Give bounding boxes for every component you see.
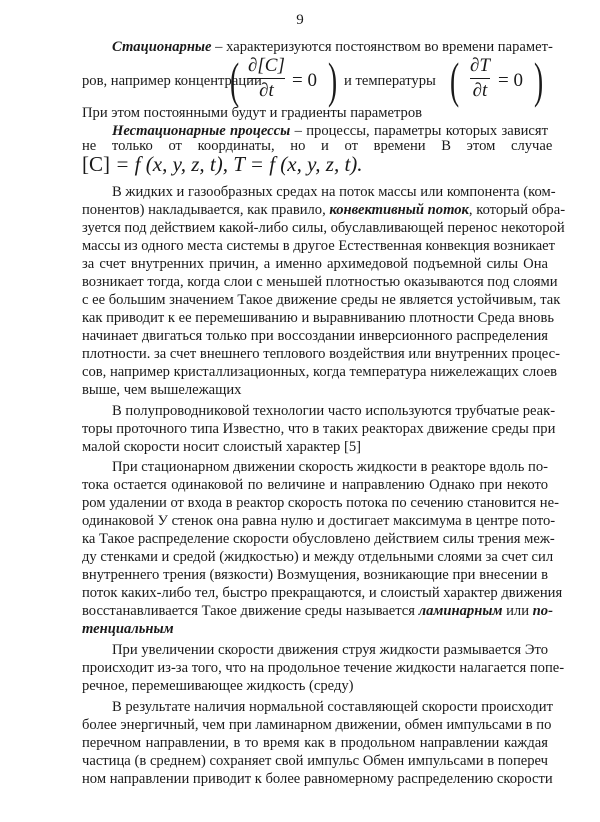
text-line: При увеличении скорости движения струя ж… bbox=[112, 641, 548, 659]
text-line: возникает тогда, когда слои с меньшей пл… bbox=[82, 273, 548, 291]
text-line: торы проточного типа Известно, что в так… bbox=[82, 420, 548, 438]
stationary-conditions: ров, например концентрации ( ∂[C] ∂t = 0… bbox=[82, 53, 548, 109]
text-line: ка Такое распределение скорости обусловл… bbox=[82, 530, 548, 548]
text-line: как приводит к ее перемешиванию и выравн… bbox=[82, 309, 548, 327]
text-line: за счет внутренних причин, а именно архи… bbox=[82, 255, 548, 273]
term-convective-flow: конвективный поток bbox=[329, 202, 469, 218]
text-line: малой скорости носит слоистый характер [… bbox=[82, 438, 548, 456]
text-line: поток каких-либо тел, быстро прекращаютс… bbox=[82, 584, 548, 602]
text-line: тока остается одинаковой по величине и н… bbox=[82, 476, 548, 494]
text-line: При стационарном движении скорость жидко… bbox=[112, 458, 548, 476]
term-potential: по- bbox=[533, 603, 553, 619]
term-laminar: ламинарным bbox=[419, 603, 503, 619]
text-line: ром удалении от входа в реактор скорость… bbox=[82, 494, 548, 512]
text-line: внутреннего трения (вязкости) Возмущения… bbox=[82, 566, 548, 584]
fraction-concentration: ∂[C] ∂t bbox=[248, 55, 285, 102]
paren-open: ( bbox=[450, 55, 459, 105]
text-line: плотности. за счет внешнего теплового во… bbox=[82, 345, 548, 363]
text-line: тенциальным bbox=[82, 620, 548, 638]
text-line: частица (в среднем) сохраняет свой импул… bbox=[82, 752, 548, 770]
page-number: 9 bbox=[0, 12, 600, 29]
text-line: ду стенками и средой (жидкостью) и между… bbox=[82, 548, 548, 566]
text-line: более энергичный, чем при ламинарном дви… bbox=[82, 716, 548, 734]
text-line: При этом постоянными будут и градиенты п… bbox=[82, 104, 548, 122]
text-line: В полупроводниковой технологии часто исп… bbox=[112, 402, 548, 420]
paren-open: ( bbox=[230, 55, 239, 105]
text-line: зуется под действием какой-либо силы, об… bbox=[82, 219, 548, 237]
paren-close: ) bbox=[328, 55, 337, 105]
text-line: происходит из-за того, что на продольное… bbox=[82, 659, 548, 677]
label-temperature: и температуры bbox=[344, 73, 436, 90]
text-line: перечном направлении, в то время как в п… bbox=[82, 734, 548, 752]
text-line: ном направлении приводит к более равноме… bbox=[82, 770, 548, 788]
text-line: выше, чем вышележащих bbox=[82, 381, 548, 399]
text-line: сов, например кристаллизационных, когда … bbox=[82, 363, 548, 381]
paren-close: ) bbox=[534, 55, 543, 105]
text-line: начинает двигаться только при воссоздани… bbox=[82, 327, 548, 345]
text-line: В жидких и газообразных средах на поток … bbox=[112, 183, 548, 201]
text-line: одинаковой У стенок она равна нулю и дос… bbox=[82, 512, 548, 530]
text-line: понентов) накладывается, как правило, ко… bbox=[82, 201, 548, 219]
nonstationary-formula: [C] = f (x, y, z, t), T = f (x, y, z, t)… bbox=[82, 152, 363, 177]
text-line: В результате наличия нормальной составля… bbox=[112, 698, 548, 716]
text-line: восстанавливается Такое движение среды н… bbox=[82, 602, 548, 620]
text-line: речное, перемешивающее жидкость (среду) bbox=[82, 677, 548, 695]
text-line: с ее большим значением Такое движение ср… bbox=[82, 291, 548, 309]
text-line: массы из одного места системы в другое Е… bbox=[82, 237, 548, 255]
fraction-temperature: ∂T ∂t bbox=[470, 55, 490, 102]
